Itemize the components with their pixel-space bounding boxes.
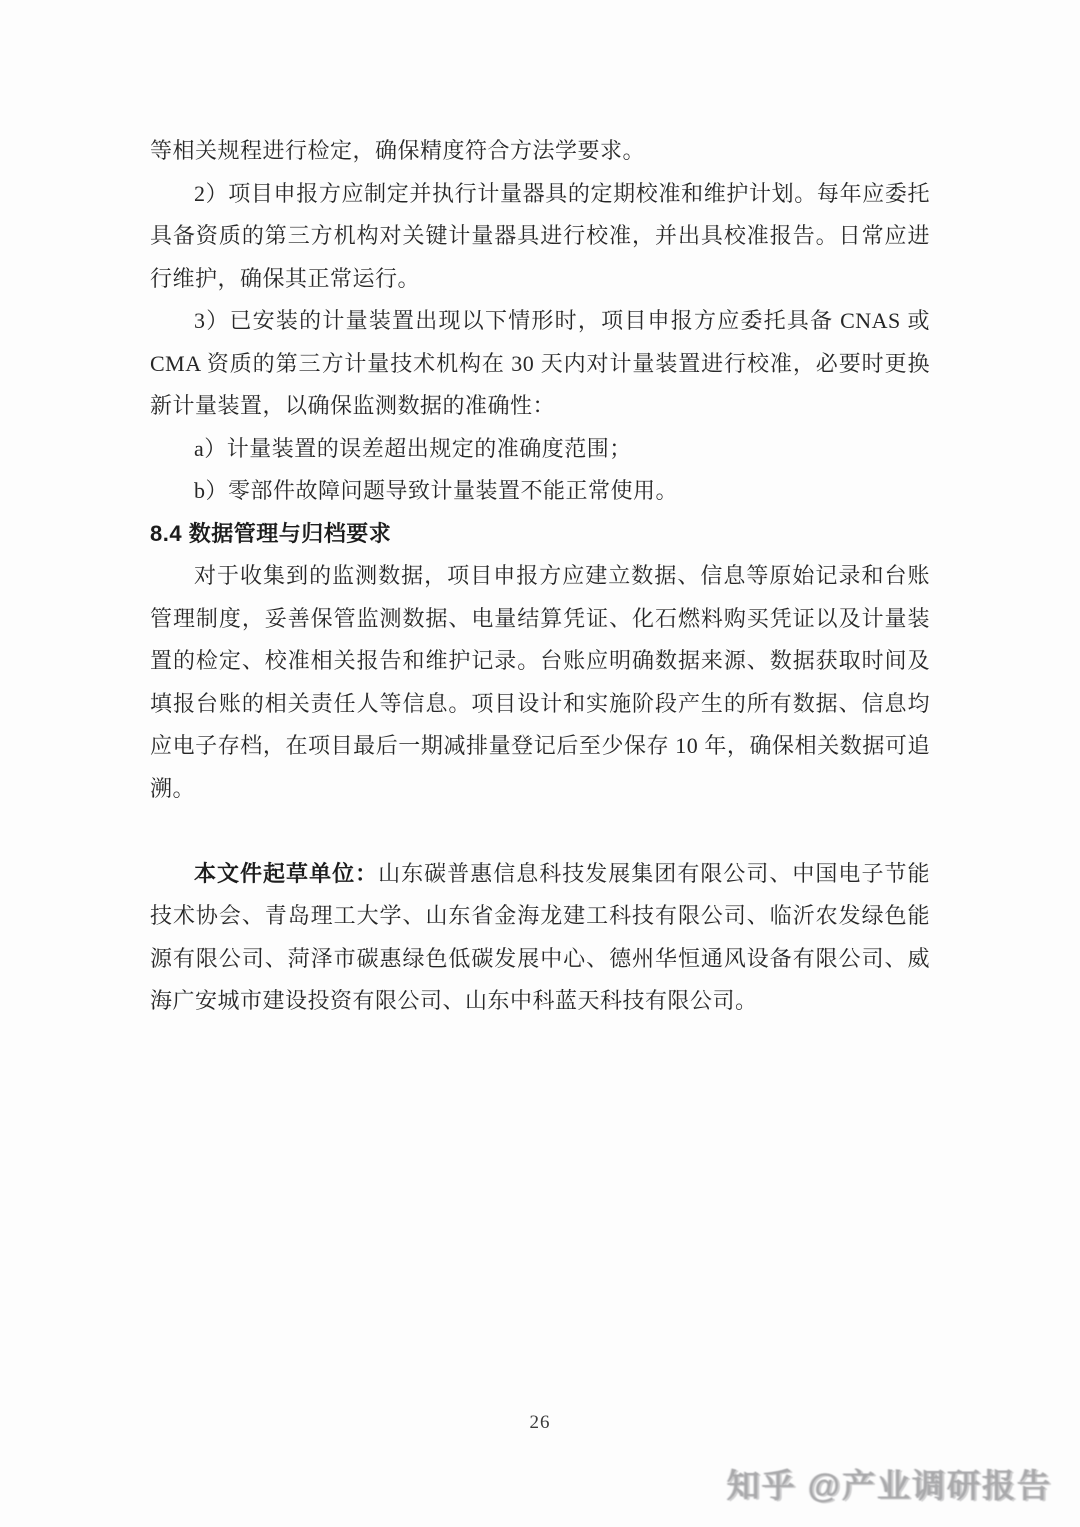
- paragraph-item-3: 3）已安装的计量装置出现以下情形时，项目申报方应委托具备 CNAS 或 CMA …: [150, 300, 930, 428]
- list-item-a: a）计量装置的误差超出规定的准确度范围；: [150, 428, 930, 471]
- paragraph-drafting-units: 本文件起草单位：山东碳普惠信息科技发展集团有限公司、中国电子节能技术协会、青岛理…: [150, 853, 930, 1023]
- document-body: 等相关规程进行检定，确保精度符合方法学要求。 2）项目申报方应制定并执行计量器具…: [150, 130, 930, 1023]
- drafting-units-label: 本文件起草单位：: [194, 861, 378, 886]
- list-item-b: b）零部件故障问题导致计量装置不能正常使用。: [150, 470, 930, 513]
- paragraph-data-management: 对于收集到的监测数据，项目申报方应建立数据、信息等原始记录和台账管理制度，妥善保…: [150, 555, 930, 810]
- document-page: 等相关规程进行检定，确保精度符合方法学要求。 2）项目申报方应制定并执行计量器具…: [0, 0, 1080, 1527]
- paragraph-item-2: 2）项目申报方应制定并执行计量器具的定期校准和维护计划。每年应委托具备资质的第三…: [150, 173, 930, 301]
- section-heading-8-4: 8.4 数据管理与归档要求: [150, 513, 930, 556]
- paragraph-continuation: 等相关规程进行检定，确保精度符合方法学要求。: [150, 130, 930, 173]
- page-number: 26: [0, 1412, 1080, 1434]
- zhihu-watermark: 知乎 @产业调研报告: [727, 1460, 1052, 1507]
